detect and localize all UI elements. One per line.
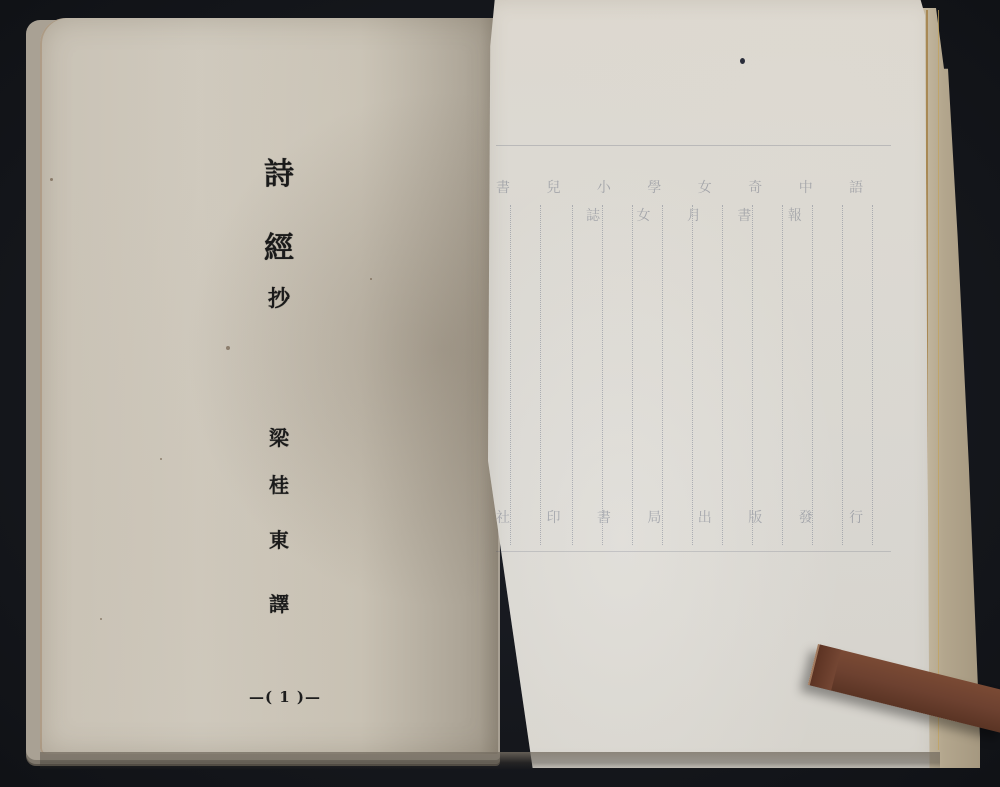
ink-spot xyxy=(740,58,745,64)
translate-char: 譯 xyxy=(254,594,304,614)
author-char-1: 梁 xyxy=(254,428,304,448)
paper-speck xyxy=(100,618,102,620)
ghost-text-row: 誌 女 月 書 報 xyxy=(586,205,986,225)
dotted-column-rule xyxy=(782,205,783,545)
book-bottom-edge xyxy=(40,752,940,770)
author-char-2: 桂 xyxy=(254,475,304,495)
dotted-column-rule xyxy=(692,205,693,545)
paper-speck xyxy=(50,178,53,181)
dotted-column-rule xyxy=(602,205,603,545)
paper-speck xyxy=(370,278,372,280)
title-char-2: 經 xyxy=(254,234,304,264)
dotted-column-rule xyxy=(722,205,723,545)
paper-speck xyxy=(226,346,230,350)
page-number: —( 1 )— xyxy=(240,688,330,706)
dotted-column-rule xyxy=(842,205,843,545)
dotted-column-rule xyxy=(572,205,573,545)
dotted-column-rule xyxy=(812,205,813,545)
show-through-text: 書 兒 小 學 女 奇 中 語 本 書 刊 誌 女 月 書 報 社 印 書 局 … xyxy=(496,145,896,555)
paper-speck xyxy=(160,458,162,460)
title-char-1: 詩 xyxy=(254,160,304,190)
ghost-text-row: 社 印 書 局 出 版 發 行 所 定 xyxy=(496,507,896,527)
dotted-column-rule xyxy=(872,205,873,545)
left-page xyxy=(40,18,498,754)
book-photo-scene: 詩 經 抄 梁 桂 東 譯 —( 1 )— 書 兒 小 學 女 奇 中 語 本 … xyxy=(0,0,1000,787)
dotted-column-rule xyxy=(632,205,633,545)
dotted-column-rule xyxy=(752,205,753,545)
dotted-column-rule xyxy=(540,205,541,545)
ghost-text-row: 書 兒 小 學 女 奇 中 語 本 書 刊 xyxy=(496,177,896,197)
title-char-3: 抄 xyxy=(254,288,304,310)
author-char-3: 東 xyxy=(254,530,304,550)
dotted-column-rule xyxy=(662,205,663,545)
dotted-column-rule xyxy=(510,205,511,545)
